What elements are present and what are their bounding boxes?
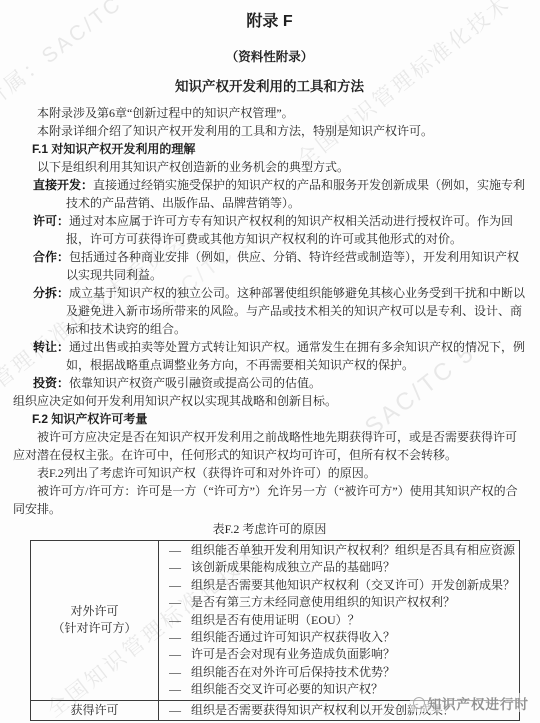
definition-item: 分拆：成立基于知识产权的独立公司。这种部署使组织能够避免其核心业务受到干扰和中断… xyxy=(13,284,526,338)
appendix-title: 附录 F xyxy=(13,10,526,34)
clause-heading-f1: F.1 对知识产权开发利用的理解 xyxy=(13,140,526,158)
row-header-line: 对外许可 xyxy=(33,603,156,620)
table-item-text: 许可是否会对现有业务造成负面影响？ xyxy=(191,647,395,661)
badge-text: 知识产权进行时 xyxy=(428,693,530,713)
table-item: —许可是否会对现有业务造成负面影响？ xyxy=(169,646,515,663)
f2-paragraph: 被许可方/许可方：许可是一方（“许可方”）允许另一方（“被许可方”）使用其知识产… xyxy=(13,482,526,518)
definition-text: 依靠知识产权资产吸引融资或提高公司的估值。 xyxy=(69,376,321,390)
table-item-text: 该创新成果能构成独立产品的基础吗？ xyxy=(191,560,395,574)
intro-paragraph: 本附录详细介绍了知识产权开发利用的工具和方法，特别是知识产权许可。 xyxy=(13,122,526,140)
table-item-text: 是否有第三方未经同意使用组织的知识产权权利？ xyxy=(191,595,455,609)
table-item-text: 组织是否有使用证明（EOU）？ xyxy=(191,613,360,627)
definition-item: 转让：通过出售或拍卖等处置方式转让知识产权。通常发生在拥有多余知识产权的情况下，… xyxy=(13,338,526,374)
table-item: —是否有第三方未经同意使用组织的知识产权权利？ xyxy=(169,594,515,611)
dash-marker: — xyxy=(169,646,191,663)
definition-text: 直接通过经销实施受保护的知识产权的产品和服务开发创新成果（例如，实施专利技术的产… xyxy=(66,178,525,210)
table-row: 对外许可 （针对许可方） —组织能否单独开发利用知识产权权利？组织是否具有相应资… xyxy=(31,541,520,701)
table-item-text: 组织能否单独开发利用知识产权权利？组织是否具有相应资源？ xyxy=(191,543,515,557)
f1-lead-paragraph: 以下是组织利用其知识产权创造新的业务机会的典型方式。 xyxy=(13,158,526,176)
dash-marker: — xyxy=(169,577,191,594)
table-item-text: 组织能否在对外许可后保持技术优势？ xyxy=(191,665,395,679)
badge-logo-icon xyxy=(413,697,425,709)
clause-heading-f2: F.2 知识产权许可考量 xyxy=(13,410,526,428)
definition-label: 合作： xyxy=(33,250,69,264)
appendix-section-title: 知识产权开发利用的工具和方法 xyxy=(13,78,526,96)
dash-marker: — xyxy=(169,542,191,559)
table-item: —组织是否有使用证明（EOU）？ xyxy=(169,612,515,629)
table-item: —组织是否需要其他知识产权权利（交叉许可）开发创新成果？ xyxy=(169,577,515,594)
table-item-text: 组织能否通过许可知识产权获得收入？ xyxy=(191,630,395,644)
definition-item: 合作：包括通过各种商业安排（例如，供应、分销、特许经营或制造等），开发利用知识产… xyxy=(13,248,526,284)
dash-marker: — xyxy=(169,559,191,576)
watermark-badge: 知识产权进行时 xyxy=(410,693,533,712)
definition-label: 直接开发： xyxy=(33,178,93,192)
row-header-cell: 获得许可 xyxy=(31,700,159,720)
f2-paragraph: 被许可方应决定是否在知识产权开发利用之前战略性地先期获得许可，或是否需要获得许可… xyxy=(13,428,526,464)
dash-marker: — xyxy=(169,612,191,629)
document-page: 版权所属：SAC/TC 5 全国知识管理标准化技术 全国知识管理标准化技术委员会… xyxy=(0,0,540,723)
definition-text: 包括通过各种商业安排（例如，供应、分销、特许经营或制造等），开发利用知识产权以实… xyxy=(66,250,519,282)
table-caption: 表F.2 考虑许可的原因 xyxy=(13,520,526,538)
definition-item: 投资：依靠知识产权资产吸引融资或提高公司的估值。 xyxy=(13,374,526,392)
definition-item: 直接开发：直接通过经销实施受保护的知识产权的产品和服务开发创新成果（例如，实施专… xyxy=(13,176,526,212)
definition-text: 成立基于知识产权的独立公司。这种部署使组织能够避免其核心业务受到干扰和中断以及避… xyxy=(66,286,525,336)
definition-label: 分拆： xyxy=(33,286,69,300)
definition-item: 许可：通过对本应属于许可方专有知识产权权利的知识产权相关活动进行授权许可。作为回… xyxy=(13,212,526,248)
row-header-line: （针对许可方） xyxy=(33,620,156,637)
document-content: 附录 F （资料性附录） 知识产权开发利用的工具和方法 本附录涉及第6章“创新过… xyxy=(0,0,540,721)
table-item: —组织能否单独开发利用知识产权权利？组织是否具有相应资源？ xyxy=(169,542,515,559)
row-header-cell: 对外许可 （针对许可方） xyxy=(31,541,159,701)
table-item: —组织能否在对外许可后保持技术优势？ xyxy=(169,664,515,681)
f2-paragraph: 表F.2列出了考虑许可知识产权（获得许可和对外许可）的原因。 xyxy=(13,464,526,482)
dash-marker: — xyxy=(169,681,191,698)
dash-marker: — xyxy=(169,594,191,611)
definition-text: 通过出售或拍卖等处置方式转让知识产权。通常发生在拥有多余知识产权的情况下，例如，… xyxy=(66,340,525,372)
dash-marker: — xyxy=(169,629,191,646)
table-item: —组织能否通过许可知识产权获得收入？ xyxy=(169,629,515,646)
definition-label: 许可： xyxy=(33,214,69,228)
intro-paragraph: 本附录涉及第6章“创新过程中的知识产权管理”。 xyxy=(13,104,526,122)
row-items-cell: —组织能否单独开发利用知识产权权利？组织是否具有相应资源？ —该创新成果能构成独… xyxy=(159,541,520,701)
definition-label: 投资： xyxy=(33,376,69,390)
f1-closing-paragraph: 组织应决定如何开发利用知识产权以实现其战略和创新目标。 xyxy=(13,392,526,410)
row-header-line: 获得许可 xyxy=(33,702,156,719)
table-item: —该创新成果能构成独立产品的基础吗？ xyxy=(169,559,515,576)
dash-marker: — xyxy=(169,702,191,719)
definition-text: 通过对本应属于许可方专有知识产权权利的知识产权相关活动进行授权许可。作为回报，许… xyxy=(66,214,513,246)
appendix-subtitle: （资料性附录） xyxy=(13,48,526,66)
dash-marker: — xyxy=(169,664,191,681)
definition-label: 转让： xyxy=(33,340,69,354)
table-item-text: 组织能否交叉许可必要的知识产权？ xyxy=(191,682,383,696)
table-item-text: 组织是否需要其他知识产权权利（交叉许可）开发创新成果？ xyxy=(191,578,515,592)
